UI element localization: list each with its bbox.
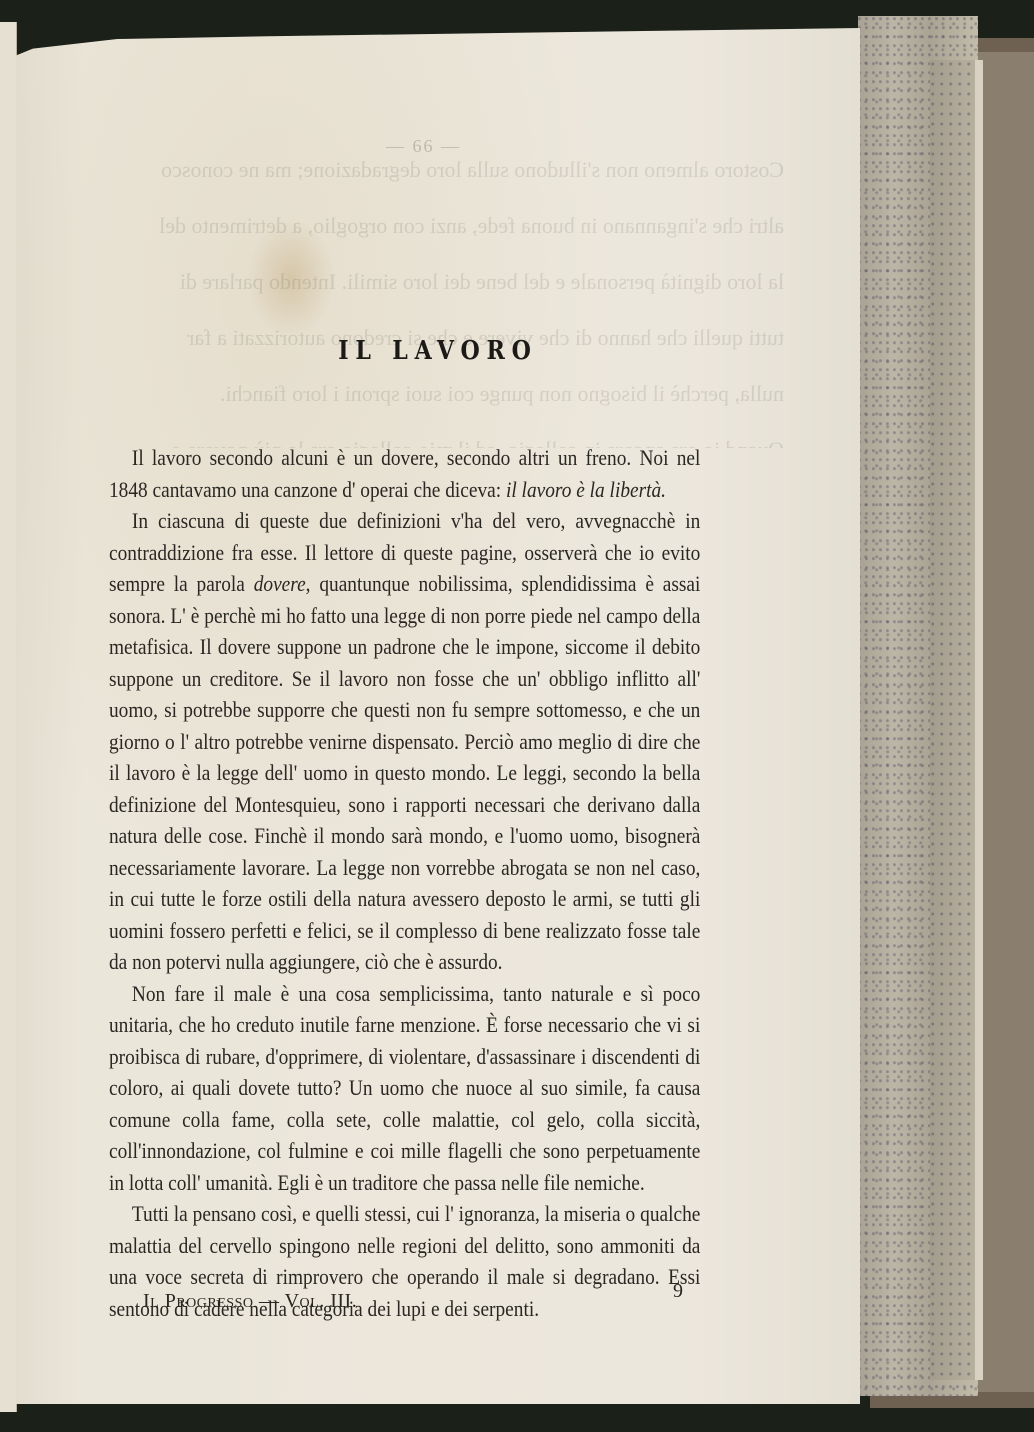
show-through-line: Costoro almeno non s'illudono sulla loro… [124,156,784,184]
body-text: Il lavoro secondo alcuni è un dovere, se… [109,442,700,1324]
page-block-edge-lower [930,60,983,1380]
page-footer: Il Progresso — Vol. III. 9 [143,1290,683,1313]
show-through-line: la loro dignità personale e del bene dei… [124,268,784,296]
signature-mark: 9 [673,1280,683,1303]
show-through-text: Costoro almeno non s'illudono sulla loro… [124,128,784,448]
show-through-page-number: — 66 — [386,136,461,157]
chapter-title: IL LAVORO [79,336,796,366]
italic-word: dovere [254,571,306,596]
paragraph: Non fare il male è una cosa semplicissim… [109,978,700,1199]
show-through-line: nulla, perchè il bisogno non punge coi s… [124,380,784,408]
paragraph-text: , quantunque nobilissima, splendidissima… [109,571,700,974]
journal-name: Il Progresso — Vol. III. [143,1290,357,1312]
italic-quote: il lavoro è la libertà. [506,477,666,502]
facing-page-edge [0,22,17,1412]
show-through-line: altri che s'ingannano in buona fede, anz… [124,212,784,240]
paper-stain [246,218,336,338]
book-page: — 66 — Costoro almeno non s'illudono sul… [16,28,860,1404]
paragraph: In ciascuna di queste due definizioni v'… [109,505,700,978]
paragraph: Il lavoro secondo alcuni è un dovere, se… [109,442,700,505]
